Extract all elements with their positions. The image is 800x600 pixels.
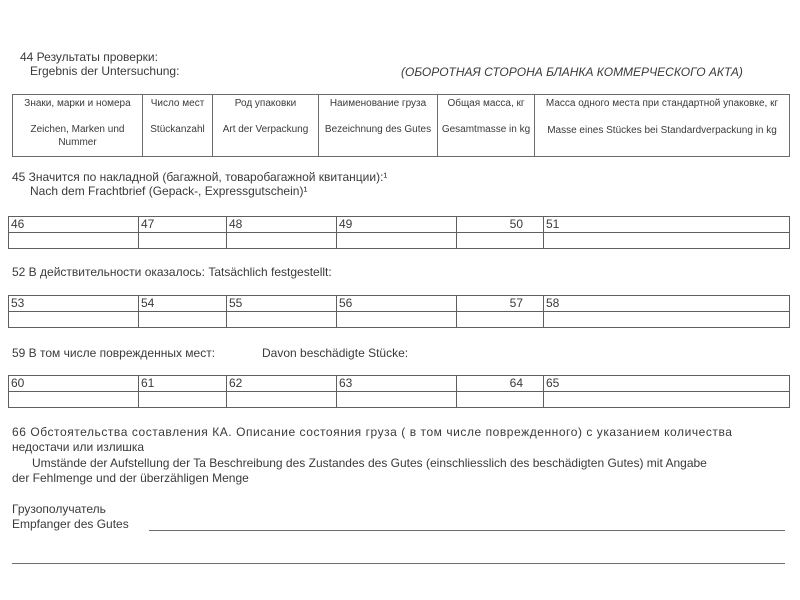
- header-de: Zeichen, Marken und Nummer: [15, 123, 140, 149]
- section-45-label-ru: 45 Значится по накладной (багажной, това…: [12, 170, 387, 184]
- input-65[interactable]: [544, 392, 790, 408]
- input-63[interactable]: [337, 392, 457, 408]
- section-59-label-ru: 59 В том числе поврежденных мест:: [12, 346, 215, 360]
- header-ru: Род упаковки: [215, 97, 316, 123]
- consignee-label-de: Empfanger des Gutes: [12, 517, 129, 531]
- consignee-signature-line[interactable]: [149, 530, 785, 531]
- header-de: Bezeichnung des Gutes: [321, 123, 435, 136]
- header-cell-packaging: Род упаковки Art der Verpackung: [213, 95, 319, 157]
- header-ru: Наименование груза: [321, 97, 435, 123]
- cell-47: 47: [139, 217, 227, 233]
- input-49[interactable]: [337, 233, 457, 249]
- cell-50: 50: [457, 217, 544, 233]
- input-62[interactable]: [227, 392, 337, 408]
- input-56[interactable]: [337, 312, 457, 328]
- input-58[interactable]: [544, 312, 790, 328]
- section-66-de-line1: Umstände der Aufstellung der Ta Beschrei…: [32, 456, 707, 470]
- cell-56: 56: [337, 296, 457, 312]
- header-de: Gesamtmasse in kg: [440, 123, 532, 136]
- header-de: Masse eines Stückes bei Standardverpacku…: [537, 124, 787, 137]
- cell-57: 57: [457, 296, 544, 312]
- header-cell-marks: Знаки, марки и номера Zeichen, Marken un…: [13, 95, 143, 157]
- cell-55: 55: [227, 296, 337, 312]
- cell-65: 65: [544, 376, 790, 392]
- input-60[interactable]: [9, 392, 139, 408]
- section-59-label-de: Davon beschädigte Stücke:: [262, 346, 408, 360]
- consignee-signature-line-2[interactable]: [12, 563, 785, 564]
- table-46-51: 46 47 48 49 50 51: [8, 216, 790, 249]
- section-52-label: 52 В действительности оказалось: Tatsäch…: [12, 265, 332, 279]
- input-57[interactable]: [457, 312, 544, 328]
- cell-58: 58: [544, 296, 790, 312]
- cell-62: 62: [227, 376, 337, 392]
- section-66-ru-line2: недостачи или излишка: [12, 440, 144, 454]
- header-cell-goods-name: Наименование груза Bezeichnung des Gutes: [319, 95, 438, 157]
- input-50[interactable]: [457, 233, 544, 249]
- input-48[interactable]: [227, 233, 337, 249]
- header-cell-count: Число мест Stückanzahl: [143, 95, 213, 157]
- form-side-title: (ОБОРОТНАЯ СТОРОНА БЛАНКА КОММЕРЧЕСКОГО …: [401, 65, 743, 79]
- cell-63: 63: [337, 376, 457, 392]
- header-ru: Число мест: [145, 97, 210, 123]
- cell-60: 60: [9, 376, 139, 392]
- header-ru: Масса одного места при стандартной упако…: [537, 97, 787, 123]
- header-ru: Знаки, марки и номера: [15, 97, 140, 123]
- header-de: Art der Verpackung: [215, 123, 316, 136]
- input-53[interactable]: [9, 312, 139, 328]
- section-44-label-de: Ergebnis der Untersuchung:: [30, 64, 179, 78]
- goods-header-table: Знаки, марки и номера Zeichen, Marken un…: [12, 94, 790, 157]
- header-cell-total-mass: Общая масса, кг Gesamtmasse in kg: [438, 95, 535, 157]
- input-54[interactable]: [139, 312, 227, 328]
- cell-51: 51: [544, 217, 790, 233]
- input-64[interactable]: [457, 392, 544, 408]
- section-44-label-ru: 44 Результаты проверки:: [20, 50, 158, 64]
- cell-54: 54: [139, 296, 227, 312]
- section-66-ru-line1: 66 Обстоятельства составления КА. Описан…: [12, 425, 732, 439]
- cell-49: 49: [337, 217, 457, 233]
- table-53-58: 53 54 55 56 57 58: [8, 295, 790, 328]
- header-cell-unit-mass: Масса одного места при стандартной упако…: [535, 95, 790, 157]
- cell-64: 64: [457, 376, 544, 392]
- input-55[interactable]: [227, 312, 337, 328]
- input-61[interactable]: [139, 392, 227, 408]
- section-66-de-line2: der Fehlmenge und der überzähligen Menge: [12, 471, 249, 485]
- cell-61: 61: [139, 376, 227, 392]
- cell-46: 46: [9, 217, 139, 233]
- header-ru: Общая масса, кг: [440, 97, 532, 123]
- header-de: Stückanzahl: [145, 123, 210, 136]
- section-45-label-de: Nach dem Frachtbrief (Gepack-, Expressgu…: [30, 184, 307, 198]
- cell-53: 53: [9, 296, 139, 312]
- input-47[interactable]: [139, 233, 227, 249]
- table-60-65: 60 61 62 63 64 65: [8, 375, 790, 408]
- input-51[interactable]: [544, 233, 790, 249]
- cell-48: 48: [227, 217, 337, 233]
- input-46[interactable]: [9, 233, 139, 249]
- consignee-label-ru: Грузополучатель: [12, 502, 106, 516]
